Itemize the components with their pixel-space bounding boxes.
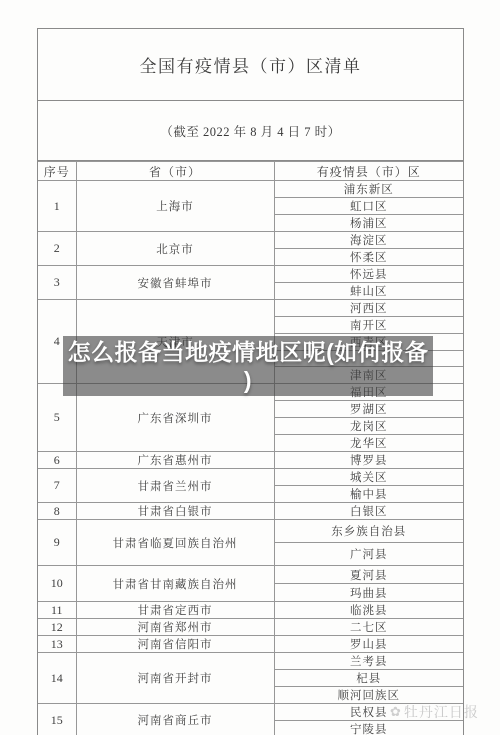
district-cell: 南开区 <box>274 317 463 334</box>
province-cell: 甘肃省白银市 <box>76 503 274 520</box>
province-cell: 甘肃省定西市 <box>76 602 274 619</box>
district-cell: 东乡族自治县 <box>274 520 463 543</box>
serial-cell: 13 <box>38 636 76 653</box>
serial-cell: 11 <box>38 602 76 619</box>
table-row: 6广东省惠州市博罗县 <box>38 452 463 469</box>
province-cell: 甘肃省兰州市 <box>76 469 274 503</box>
serial-cell: 1 <box>38 181 76 232</box>
province-cell: 河南省信阳市 <box>76 636 274 653</box>
district-cell: 白银区 <box>274 503 463 520</box>
district-cell: 怀柔区 <box>274 249 463 266</box>
district-cell: 榆中县 <box>274 486 463 503</box>
district-cell: 罗山县 <box>274 636 463 653</box>
serial-cell: 15 <box>38 704 76 735</box>
col-header-serial: 序号 <box>38 162 76 181</box>
serial-cell: 7 <box>38 469 76 503</box>
district-cell: 浦东新区 <box>274 181 463 198</box>
district-cell: 海淀区 <box>274 232 463 249</box>
district-cell: 城关区 <box>274 469 463 486</box>
serial-cell: 9 <box>38 520 76 566</box>
district-cell: 杨浦区 <box>274 215 463 232</box>
table-row: 9甘肃省临夏回族自治州东乡族自治县 <box>38 520 463 543</box>
serial-cell: 10 <box>38 566 76 602</box>
province-cell: 河南省郑州市 <box>76 619 274 636</box>
table-header-row: 序号 省（市） 有疫情县（市）区 <box>38 162 463 181</box>
district-cell: 二七区 <box>274 619 463 636</box>
table-row: 10甘肃省甘南藏族自治州夏河县 <box>38 566 463 584</box>
table-row: 2北京市海淀区 <box>38 232 463 249</box>
serial-cell: 3 <box>38 266 76 300</box>
table-row: 1上海市浦东新区 <box>38 181 463 198</box>
serial-cell: 8 <box>38 503 76 520</box>
table-row: 7甘肃省兰州市城关区 <box>38 469 463 486</box>
flower-swirl-icon: ✿ <box>390 706 401 719</box>
headline-overlay: 怎么报备当地疫情地区呢(如何报备 ) <box>63 336 433 396</box>
serial-cell: 6 <box>38 452 76 469</box>
district-cell: 龙华区 <box>274 435 463 452</box>
col-header-province: 省（市） <box>76 162 274 181</box>
district-cell: 宁陵县 <box>274 721 463 735</box>
headline-line-2: ) <box>244 366 252 394</box>
district-cell: 蚌山区 <box>274 283 463 300</box>
district-cell: 龙岗区 <box>274 418 463 435</box>
district-cell: 兰考县 <box>274 653 463 670</box>
district-cell: 广河县 <box>274 543 463 566</box>
table-row: 12河南省郑州市二七区 <box>38 619 463 636</box>
document-title: 全国有疫情县（市）区清单 <box>38 29 463 101</box>
province-cell: 河南省开封市 <box>76 653 274 704</box>
table-row: 4天津市河西区 <box>38 300 463 317</box>
province-cell: 甘肃省甘南藏族自治州 <box>76 566 274 602</box>
serial-cell: 14 <box>38 653 76 704</box>
page: 全国有疫情县（市）区清单 （截至 2022 年 8 月 4 日 7 时） 序号 … <box>0 0 500 735</box>
province-cell: 北京市 <box>76 232 274 266</box>
province-cell: 甘肃省临夏回族自治州 <box>76 520 274 566</box>
col-header-district: 有疫情县（市）区 <box>274 162 463 181</box>
table-row: 3安徽省蚌埠市怀远县 <box>38 266 463 283</box>
as-of-date: （截至 2022 年 8 月 4 日 7 时） <box>38 101 463 161</box>
district-cell: 虹口区 <box>274 198 463 215</box>
province-cell: 河南省商丘市 <box>76 704 274 735</box>
district-cell: 河西区 <box>274 300 463 317</box>
district-cell: 杞县 <box>274 670 463 687</box>
epidemic-table: 序号 省（市） 有疫情县（市）区 1上海市浦东新区虹口区杨浦区2北京市海淀区怀柔… <box>38 161 463 735</box>
district-cell: 顺河回族区 <box>274 687 463 704</box>
district-cell: 夏河县 <box>274 566 463 584</box>
province-cell: 上海市 <box>76 181 274 232</box>
headline-line-1: 怎么报备当地疫情地区呢(如何报备 <box>68 338 429 366</box>
province-cell: 广东省惠州市 <box>76 452 274 469</box>
table-row: 11甘肃省定西市临洮县 <box>38 602 463 619</box>
province-cell: 安徽省蚌埠市 <box>76 266 274 300</box>
district-cell: 怀远县 <box>274 266 463 283</box>
watermark-text: 牡丹江日报 <box>404 702 479 722</box>
serial-cell: 2 <box>38 232 76 266</box>
district-cell: 罗湖区 <box>274 401 463 418</box>
district-cell: 玛曲县 <box>274 584 463 602</box>
district-cell: 临洮县 <box>274 602 463 619</box>
serial-cell: 12 <box>38 619 76 636</box>
table-row: 13河南省信阳市罗山县 <box>38 636 463 653</box>
table-row: 8甘肃省白银市白银区 <box>38 503 463 520</box>
district-cell: 博罗县 <box>274 452 463 469</box>
table-row: 14河南省开封市兰考县 <box>38 653 463 670</box>
watermark: ✿ 牡丹江日报 <box>390 702 479 722</box>
